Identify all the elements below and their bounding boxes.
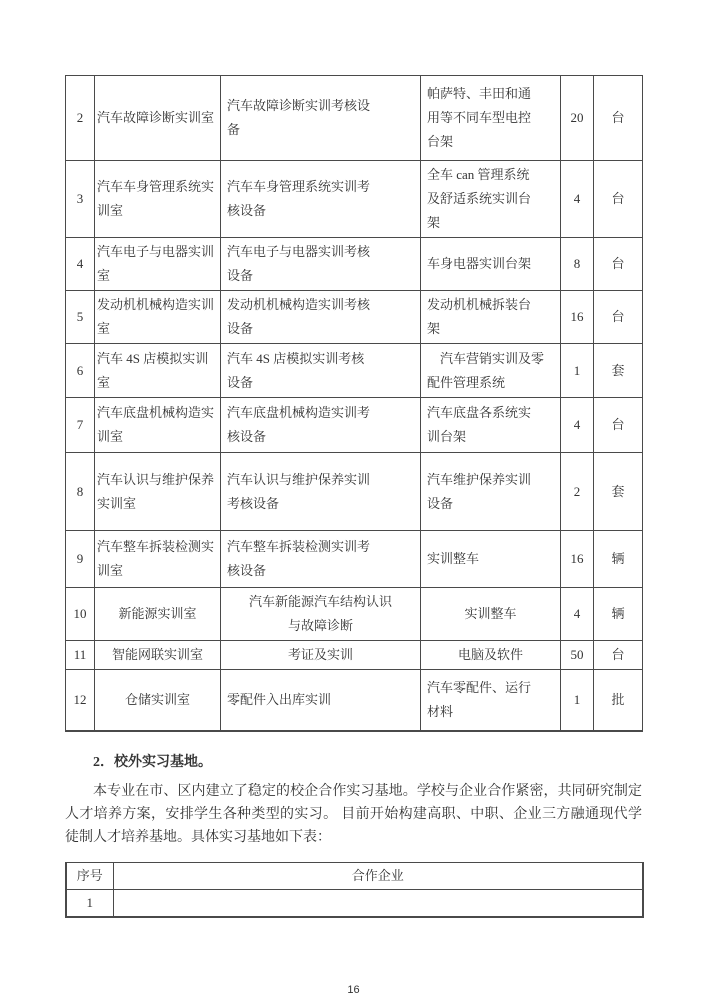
cell-purpose: 汽车整车拆装检测实训考 核设备 [221,531,421,588]
partner-row: 1 [66,890,643,918]
cell-unit: 套 [594,453,643,531]
cell-qty: 1 [561,670,594,731]
cell-equipment: 实训整车 [421,588,561,641]
section-paragraph: 本专业在市、区内建立了稳定的校企合作实习基地。学校与企业合作紧密，共同研究制定人… [65,780,642,849]
equipment-table: 2 汽车故障诊断实训室 汽车故障诊断实训考核设 备 帕萨特、丰田和通 用等不同车… [65,75,643,732]
cell-equipment: 电脑及软件 [421,641,561,670]
cell-equipment: 帕萨特、丰田和通 用等不同车型电控 台架 [421,76,561,161]
cell-qty: 16 [561,291,594,344]
cell-purpose: 发动机机械构造实训考核 设备 [221,291,421,344]
cell-unit: 辆 [594,588,643,641]
cell-purpose: 汽车 4S 店模拟实训考核 设备 [221,344,421,398]
table-row: 5 发动机机械构造实训 室 发动机机械构造实训考核 设备 发动机机械拆装台 架 … [66,291,643,344]
table-row: 3 汽车车身管理系统实 训室 汽车车身管理系统实训考 核设备 全车 can 管理… [66,161,643,238]
cell-qty: 2 [561,453,594,531]
cell-qty: 20 [561,76,594,161]
table-row: 6 汽车 4S 店模拟实训 室 汽车 4S 店模拟实训考核 设备 汽车营销实训及… [66,344,643,398]
cell-unit: 台 [594,161,643,238]
cell-room-name: 发动机机械构造实训 室 [95,291,221,344]
cell-room-name: 仓储实训室 [95,670,221,731]
cell-equipment: 发动机机械拆装台 架 [421,291,561,344]
cell-unit: 台 [594,398,643,453]
page-number: 16 [0,984,707,996]
cell-serial: 10 [66,588,95,641]
cell-serial: 7 [66,398,95,453]
cell-equipment: 汽车底盘各系统实 训台架 [421,398,561,453]
cell-room-name: 新能源实训室 [95,588,221,641]
cell-unit: 套 [594,344,643,398]
partner-header-no: 序号 [66,863,113,890]
table-row: 9 汽车整车拆装检测实 训室 汽车整车拆装检测实训考 核设备 实训整车 16 辆 [66,531,643,588]
cell-qty: 16 [561,531,594,588]
cell-qty: 4 [561,588,594,641]
cell-room-name: 汽车故障诊断实训室 [95,76,221,161]
cell-equipment: 车身电器实训台架 [421,238,561,291]
cell-equipment: 实训整车 [421,531,561,588]
cell-serial: 9 [66,531,95,588]
cell-purpose: 汽车底盘机械构造实训考 核设备 [221,398,421,453]
cell-room-name: 汽车电子与电器实训 室 [95,238,221,291]
table-row: 11 智能网联实训室 考证及实训 电脑及软件 50 台 [66,641,643,670]
cell-unit: 台 [594,641,643,670]
cell-room-name: 汽车 4S 店模拟实训 室 [95,344,221,398]
table-row: 2 汽车故障诊断实训室 汽车故障诊断实训考核设 备 帕萨特、丰田和通 用等不同车… [66,76,643,161]
cell-purpose: 零配件入出库实训 [221,670,421,731]
cell-qty: 4 [561,398,594,453]
cell-serial: 6 [66,344,95,398]
partner-cell-company [113,890,643,918]
partner-table: 序号 合作企业 1 [65,862,644,918]
cell-qty: 50 [561,641,594,670]
cell-purpose: 汽车认识与维护保养实训 考核设备 [221,453,421,531]
cell-unit: 台 [594,291,643,344]
cell-room-name: 智能网联实训室 [95,641,221,670]
cell-purpose: 汽车新能源汽车结构认识 与故障诊断 [221,588,421,641]
cell-equipment: 汽车营销实训及零 配件管理系统 [421,344,561,398]
cell-serial: 2 [66,76,95,161]
section-heading: 2．校外实习基地。 [65,753,642,772]
cell-room-name: 汽车底盘机械构造实 训室 [95,398,221,453]
table-row: 7 汽车底盘机械构造实 训室 汽车底盘机械构造实训考 核设备 汽车底盘各系统实 … [66,398,643,453]
cell-serial: 12 [66,670,95,731]
partner-header-row: 序号 合作企业 [66,863,643,890]
cell-equipment: 汽车零配件、运行 材料 [421,670,561,731]
cell-serial: 3 [66,161,95,238]
cell-purpose: 汽车故障诊断实训考核设 备 [221,76,421,161]
cell-serial: 4 [66,238,95,291]
cell-qty: 1 [561,344,594,398]
cell-unit: 辆 [594,531,643,588]
cell-purpose: 汽车车身管理系统实训考 核设备 [221,161,421,238]
cell-room-name: 汽车整车拆装检测实 训室 [95,531,221,588]
cell-serial: 11 [66,641,95,670]
cell-unit: 批 [594,670,643,731]
cell-qty: 8 [561,238,594,291]
cell-qty: 4 [561,161,594,238]
cell-room-name: 汽车车身管理系统实 训室 [95,161,221,238]
table-row: 8 汽车认识与维护保养 实训室 汽车认识与维护保养实训 考核设备 汽车维护保养实… [66,453,643,531]
cell-unit: 台 [594,76,643,161]
cell-equipment: 全车 can 管理系统 及舒适系统实训台 架 [421,161,561,238]
table-row: 10 新能源实训室 汽车新能源汽车结构认识 与故障诊断 实训整车 4 辆 [66,588,643,641]
cell-purpose: 汽车电子与电器实训考核 设备 [221,238,421,291]
cell-equipment: 汽车维护保养实训 设备 [421,453,561,531]
cell-unit: 台 [594,238,643,291]
table-row: 12 仓储实训室 零配件入出库实训 汽车零配件、运行 材料 1 批 [66,670,643,731]
cell-serial: 5 [66,291,95,344]
partner-header-company: 合作企业 [113,863,643,890]
partner-cell-no: 1 [66,890,113,918]
section-off-campus-bases: 2．校外实习基地。 本专业在市、区内建立了稳定的校企合作实习基地。学校与企业合作… [65,753,642,849]
cell-serial: 8 [66,453,95,531]
cell-purpose: 考证及实训 [221,641,421,670]
table-row: 4 汽车电子与电器实训 室 汽车电子与电器实训考核 设备 车身电器实训台架 8 … [66,238,643,291]
cell-room-name: 汽车认识与维护保养 实训室 [95,453,221,531]
